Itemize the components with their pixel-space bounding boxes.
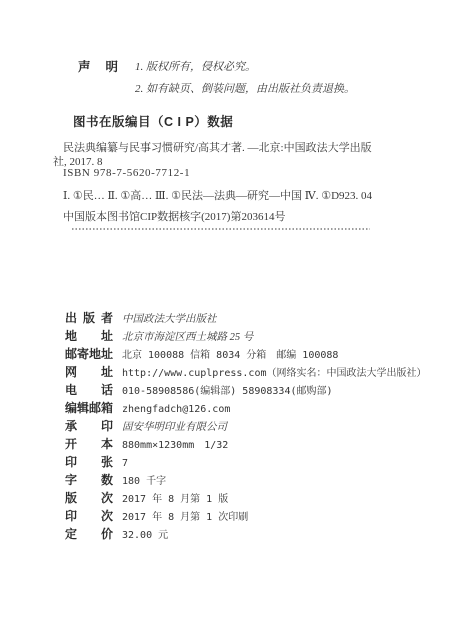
publisher-info-table: 出版者中国政法大学出版社地址北京市海淀区西土城路 25 号邮寄地址北京 1000… (65, 309, 427, 543)
publisher-row-label: 印次 (65, 507, 113, 524)
declaration-items: 1. 版权所有，侵权必究。2. 如有缺页、倒装问题，由出版社负责退换。 (135, 56, 355, 100)
publisher-row-label: 出版者 (65, 309, 113, 326)
publisher-row-value: 中国政法大学出版社 (122, 311, 217, 326)
publisher-row-label: 开本 (65, 435, 113, 452)
publisher-row: 出版者中国政法大学出版社 (65, 309, 427, 327)
publisher-row-value: 北京 100088 信箱 8034 分箱 邮编 100088 (122, 346, 338, 361)
publisher-row-label: 邮寄地址 (65, 345, 113, 362)
publisher-row-label: 网址 (65, 363, 113, 380)
publisher-row: 邮寄地址北京 100088 信箱 8034 分箱 邮编 100088 (65, 345, 427, 363)
publisher-row-value: zhengfadch@126.com (122, 404, 230, 415)
declaration-item: 2. 如有缺页、倒装问题，由出版社负责退换。 (135, 78, 355, 100)
publisher-row-value: 180 千字 (122, 472, 166, 487)
cip-isbn: ISBN 978-7-5620-7712-1 (63, 167, 190, 179)
publisher-row-label: 版次 (65, 489, 113, 506)
publisher-row-value: 2017 年 8 月第 1 版 (122, 490, 228, 505)
publisher-row-label: 定价 (65, 525, 113, 542)
publisher-row-label: 字数 (65, 471, 113, 488)
publisher-row-value: 北京市海淀区西土城路 25 号 (122, 329, 253, 344)
publisher-row: 电话010-58908586(编辑部) 58908334(邮购部) (65, 381, 427, 399)
publisher-row: 字数180 千字 (65, 471, 427, 489)
declaration-heading: 声明 (78, 56, 118, 100)
publisher-row: 印次2017 年 8 月第 1 次印刷 (65, 507, 427, 525)
cip-heading: 图书在版编目（C I P）数据 (73, 112, 233, 130)
declaration-block: 声明 1. 版权所有，侵权必究。2. 如有缺页、倒装问题，由出版社负责退换。 (78, 56, 355, 100)
cip-description-line1: 民法典编纂与民事习惯研究/高其才著. —北京:中国政法大学出版 (63, 139, 372, 155)
publisher-row-label: 印张 (65, 453, 113, 470)
publisher-row: 地址北京市海淀区西土城路 25 号 (65, 327, 427, 345)
publisher-row-value: 固安华明印业有限公司 (122, 419, 227, 434)
publisher-row-value: 880mm×1230mm 1/32 (122, 436, 228, 451)
publisher-row-value: 32.00 元 (122, 526, 168, 541)
publisher-row: 印张7 (65, 453, 427, 471)
dashed-divider (72, 228, 370, 230)
publisher-row: 编辑邮箱zhengfadch@126.com (65, 399, 427, 417)
publisher-row: 网址http://www.cuplpress.com（网络实名：中国政法大学出版… (65, 363, 427, 381)
publisher-row-label: 承印 (65, 417, 113, 434)
publisher-row: 定价32.00 元 (65, 525, 427, 543)
publisher-row-label: 地址 (65, 327, 113, 344)
declaration-item: 1. 版权所有，侵权必究。 (135, 56, 355, 78)
publisher-row-value: 010-58908586(编辑部) 58908334(邮购部) (122, 382, 333, 397)
copyright-page: 声明 1. 版权所有，侵权必究。2. 如有缺页、倒装问题，由出版社负责退换。 图… (0, 0, 454, 624)
publisher-row-value: 7 (122, 458, 128, 469)
publisher-row-value: http://www.cuplpress.com（网络实名：中国政法大学出版社） (122, 364, 427, 379)
publisher-row-value: 2017 年 8 月第 1 次印刷 (122, 508, 248, 523)
publisher-row: 版次2017 年 8 月第 1 版 (65, 489, 427, 507)
cip-record-number: 中国版本图书馆CIP数据核字(2017)第203614号 (63, 208, 285, 224)
publisher-row-label: 编辑邮箱 (65, 399, 113, 416)
publisher-row: 开本880mm×1230mm 1/32 (65, 435, 427, 453)
publisher-row-label: 电话 (65, 381, 113, 398)
publisher-row: 承印固安华明印业有限公司 (65, 417, 427, 435)
cip-classification: Ⅰ. ①民… Ⅱ. ①高… Ⅲ. ①民法—法典—研究—中国 Ⅳ. ①D923. … (63, 187, 372, 203)
